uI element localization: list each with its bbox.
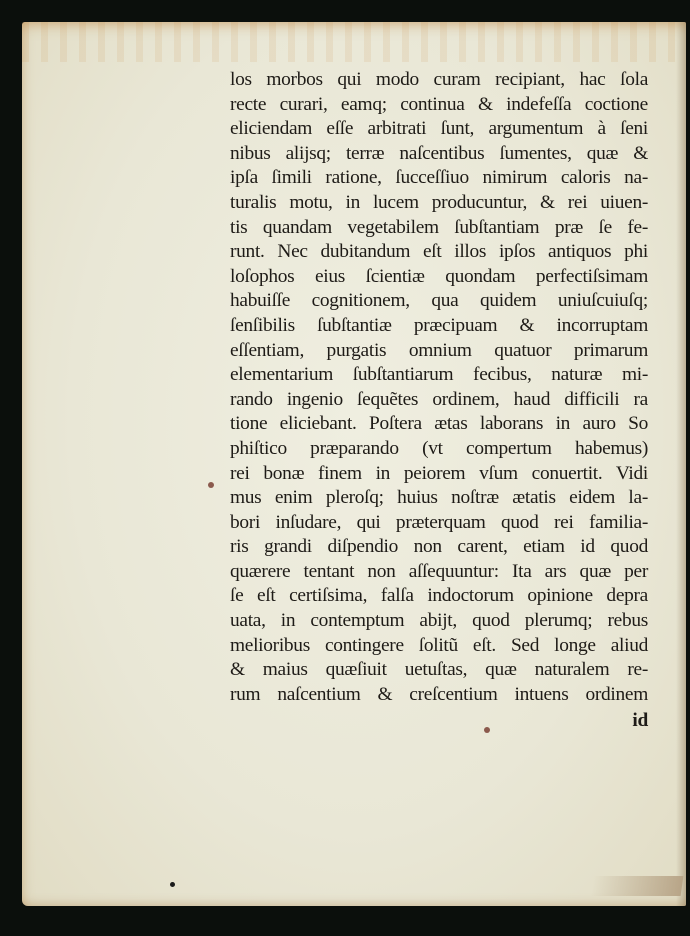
text-line: eliciendam eſſe arbitrati ſunt, argument… (230, 117, 648, 142)
text-line: uata, in contemptum abijt, quod plerumq;… (230, 609, 648, 634)
catchword: id (230, 709, 648, 734)
text-line: recte curari, eamq; continua & indefeſſa… (230, 93, 648, 118)
text-line: & maius quæſiuit uetuſtas, quæ naturalem… (230, 658, 648, 683)
text-line: rei bonæ finem in peiorem vſum conuertit… (230, 462, 648, 487)
text-line: elementarium ſubſtantiarum fecibus, natu… (230, 363, 648, 388)
foxing-stains (22, 22, 686, 62)
ink-stain (208, 482, 214, 488)
page-edge (676, 22, 686, 906)
text-line: quærere tentant non aſſequuntur: Ita ars… (230, 560, 648, 585)
text-line: runt. Nec dubitandum eſt illos ipſos ant… (230, 240, 648, 265)
text-line: los morbos qui modo curam recipiant, hac… (230, 68, 648, 93)
text-line: tione eliciebant. Poſtera ætas laborans … (230, 412, 648, 437)
text-line: eſſentiam, purgatis omnium quatuor prima… (230, 339, 648, 364)
text-line: ſenſibilis ſubſtantiæ præcipuam & incorr… (230, 314, 648, 339)
text-line: rando ingenio ſequẽtes ordinem, haud dif… (230, 388, 648, 413)
page-corner (591, 876, 684, 896)
text-line: bori inſudare, qui præterquam quod rei f… (230, 511, 648, 536)
text-line: habuiſſe cognitionem, qua quidem uniuſcu… (230, 289, 648, 314)
text-line: nibus alijsq; terræ naſcentibus ſumentes… (230, 142, 648, 167)
text-line: loſophos eius ſcientiæ quondam perfectiſ… (230, 265, 648, 290)
text-block: los morbos qui modo curam recipiant, hac… (230, 68, 648, 734)
text-line: ſe eſt certiſsima, falſa indoctorum opin… (230, 584, 648, 609)
text-line: mus enim pleroſq; huius noſtræ ætatis ei… (230, 486, 648, 511)
text-line: melioribus contingere ſolitũ eſt. Sed lo… (230, 634, 648, 659)
text-line: rum naſcentium & creſcentium intuens ord… (230, 683, 648, 708)
text-line: ipſa ſimili ratione, ſucceſſiuo nimirum … (230, 166, 648, 191)
text-line: turalis motu, in lucem producuntur, & re… (230, 191, 648, 216)
text-line: ris grandi diſpendio non carent, etiam i… (230, 535, 648, 560)
text-line: phiſtico præparando (vt compertum habemu… (230, 437, 648, 462)
text-line: tis quandam vegetabilem ſubſtantiam præ … (230, 216, 648, 241)
ink-dot (170, 882, 175, 887)
